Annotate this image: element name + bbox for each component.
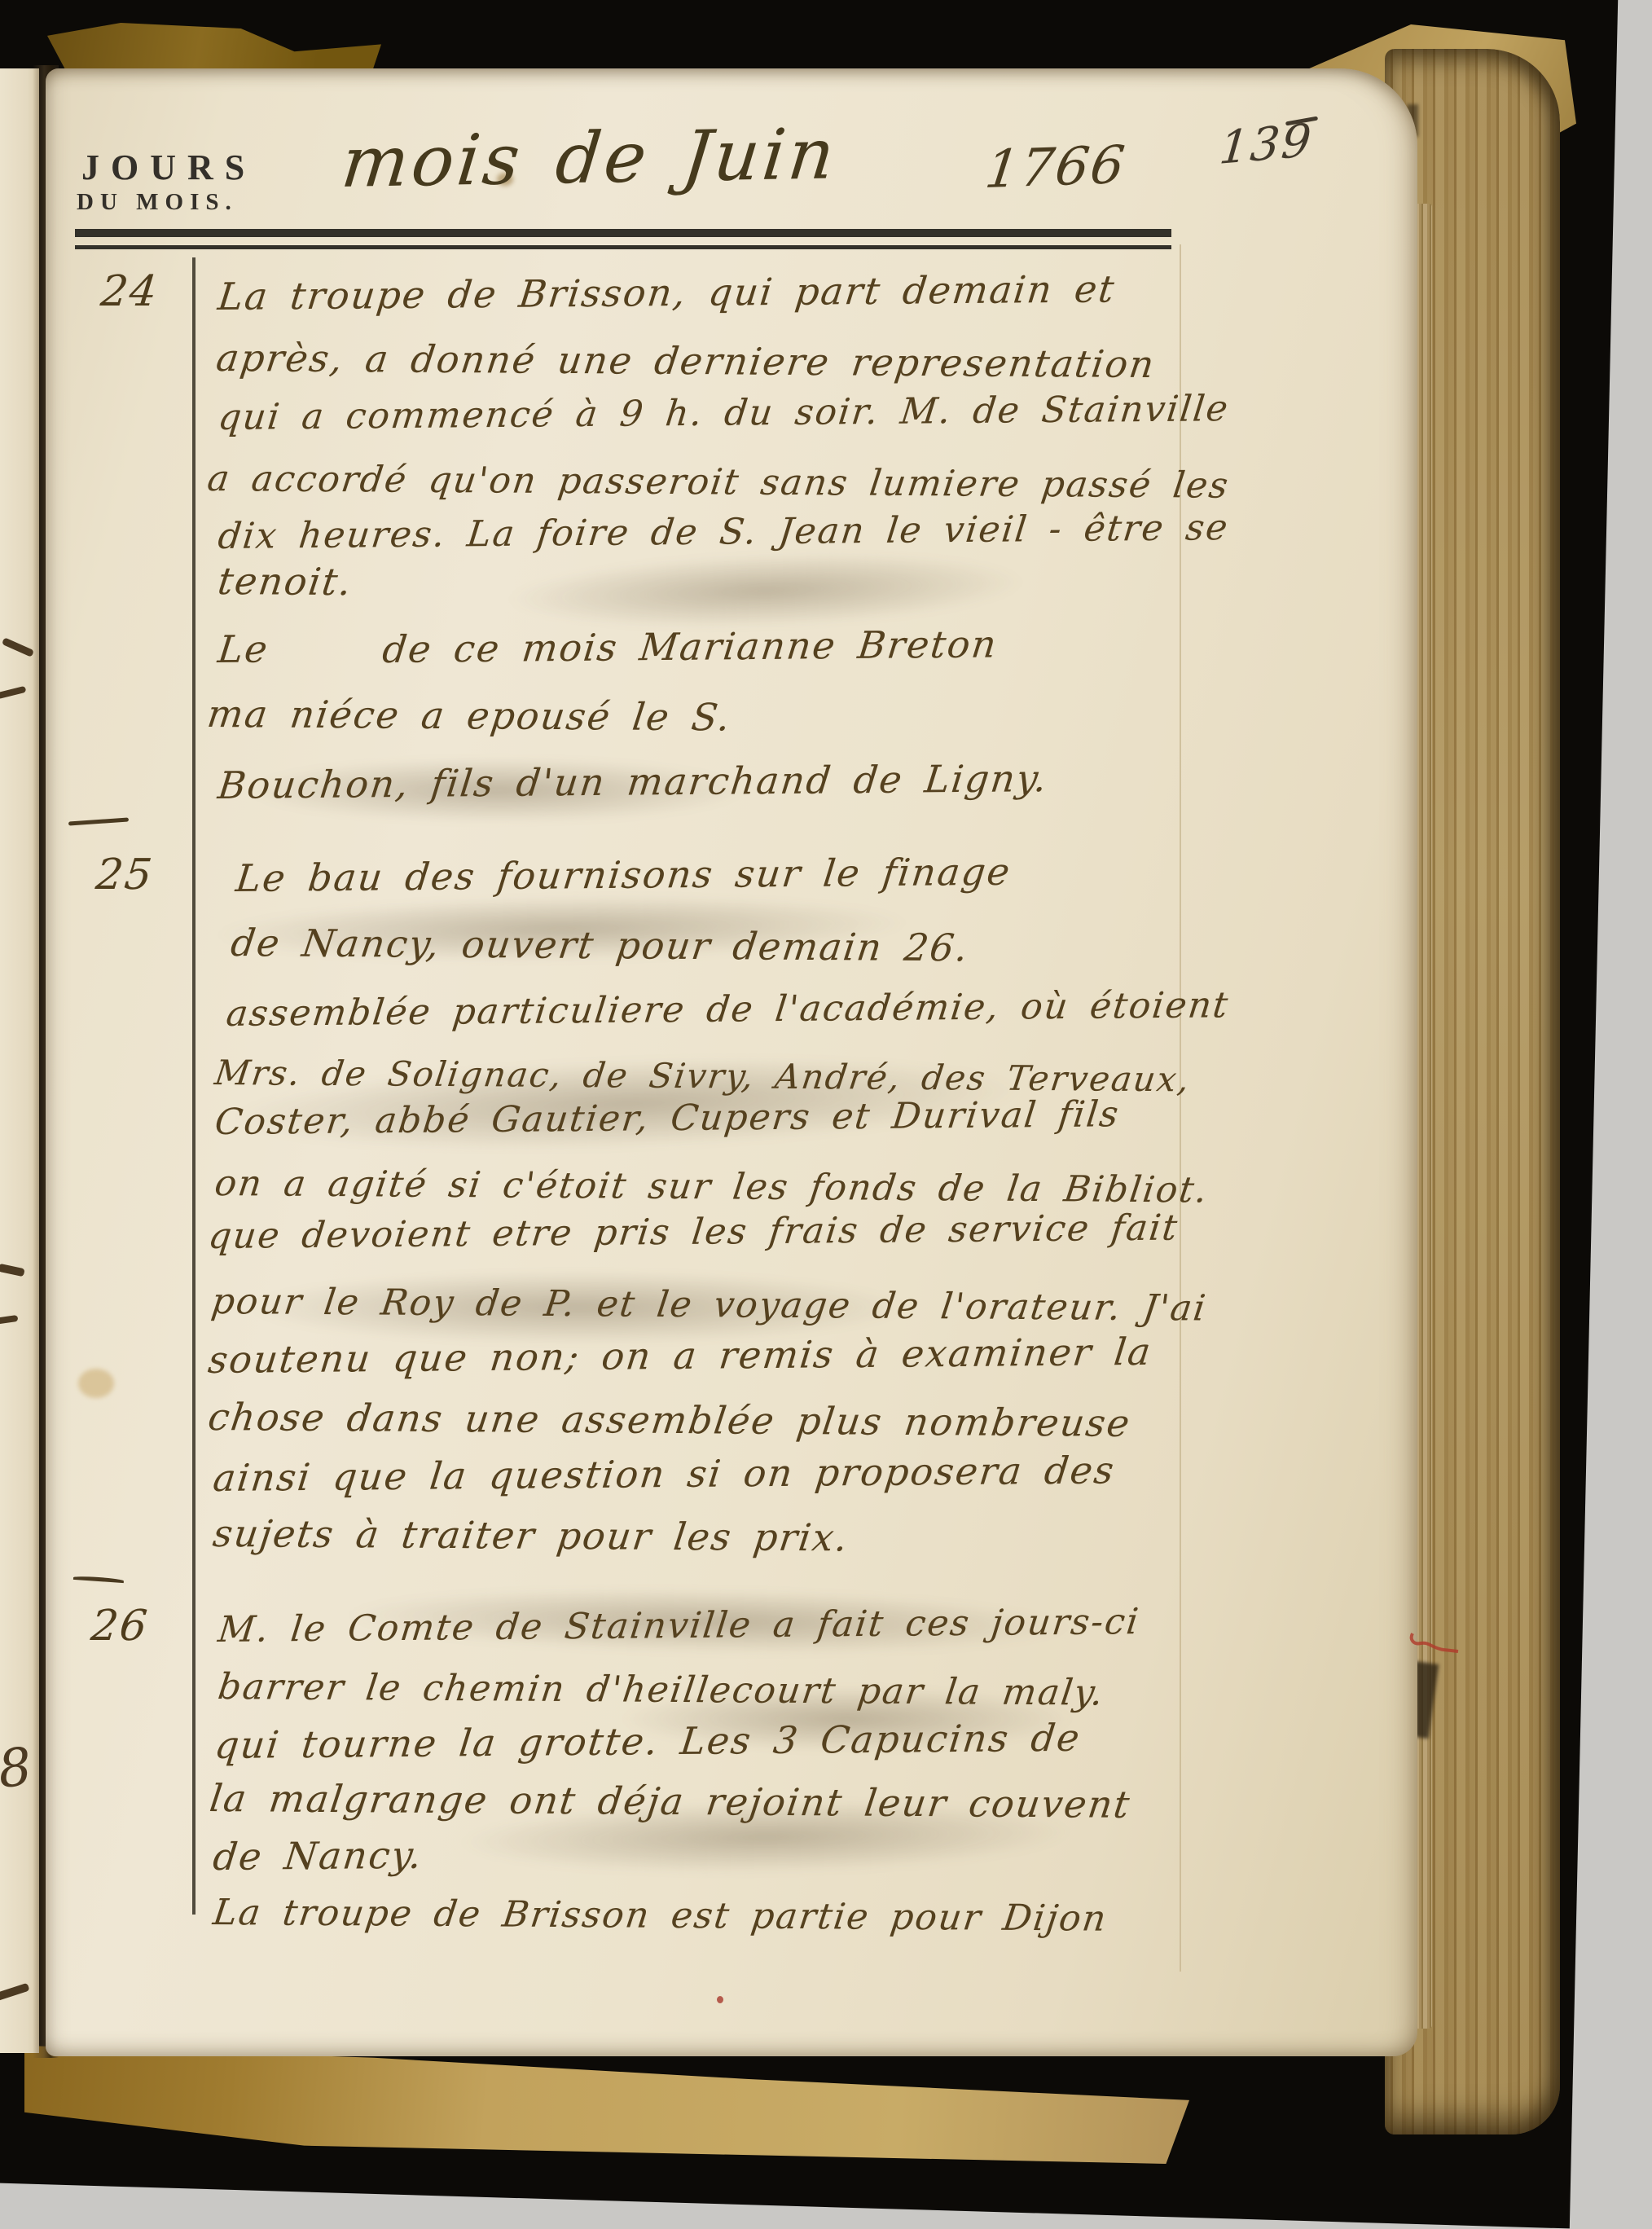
entry-line: tenoit. — [215, 559, 355, 604]
scanner-background-right — [1562, 0, 1652, 2229]
month-title: mois de Juin — [338, 113, 841, 204]
entry-line: assemblée particuliere de l'académie, où… — [224, 984, 1232, 1035]
stray-ink-stroke — [0, 1315, 18, 1325]
entry-line: soutenu que non; on a remis à examiner l… — [206, 1330, 1154, 1382]
entry-line: dix heures. La foire de S. Jean le vieil… — [216, 507, 1231, 557]
entry-line: M. le Comte de Stainville a fait ces jou… — [216, 1601, 1142, 1651]
red-ink-squiggle — [1408, 1625, 1465, 1658]
stray-ink-stroke — [0, 1264, 25, 1277]
red-ink-dot — [717, 1996, 723, 2003]
entry-line: qui tourne la grotte. Les 3 Capucins de — [213, 1716, 1083, 1767]
entry-line: barrer le chemin d'heillecourt par la ma… — [216, 1666, 1107, 1714]
entry-line: La troupe de Brisson, qui part demain et — [216, 266, 1118, 319]
year: 1766 — [982, 135, 1129, 200]
header-rule-thin — [75, 245, 1171, 249]
entry-line: qui a commencé à 9 h. du soir. M. de Sta… — [216, 388, 1232, 438]
entry-line: Mrs. de Solignac, de Sivry, André, des T… — [213, 1053, 1193, 1099]
printed-header-jours: JOURS — [81, 147, 256, 188]
day-column-rule — [192, 257, 196, 1915]
entry-line: Coster, abbé Gautier, Cupers et Durival … — [213, 1093, 1122, 1143]
scanner-background-bottom — [0, 2177, 1652, 2229]
entry-line: chose dans une assemblée plus nombreuse — [205, 1395, 1133, 1445]
entry-line: après, a donné une derniere representati… — [213, 336, 1158, 386]
entry-line: ainsi que la question si on proposera de… — [211, 1448, 1118, 1500]
entry-line: Le bau des fournisons sur le finage — [234, 850, 1013, 900]
entry-line: de Nancy, ouvert pour demain 26. — [228, 921, 972, 969]
day-number: 26 — [89, 1602, 151, 1651]
entry-line: que devoient etre pris les frais de serv… — [206, 1207, 1180, 1257]
entry-line: sujets à traiter pour les prix. — [210, 1511, 851, 1559]
stray-ink-stroke — [0, 1983, 30, 2001]
day-number: 24 — [99, 267, 160, 316]
entry-line: pour le Roy de P. et le voyage de l'orat… — [209, 1281, 1210, 1330]
entry-line: ma niéce a epousé le S. — [204, 692, 734, 739]
stray-ink-stroke — [0, 686, 26, 699]
day-number: 25 — [94, 851, 156, 899]
scanned-manuscript-photo: 8 JOURS DU MOIS. mois de Juin 1766 139 2… — [0, 0, 1652, 2229]
stray-ink-stroke — [2, 637, 34, 657]
entry-line: Le — [216, 626, 271, 671]
entry-line: a accordé qu'on passeroit sans lumiere p… — [205, 458, 1232, 507]
entry-line: La troupe de Brisson est partie pour Dij… — [211, 1892, 1110, 1940]
entry-line: la malgrange ont déja rejoint leur couve… — [207, 1776, 1133, 1827]
entry-line: Bouchon, fils d'un marchand de Ligny. — [216, 756, 1051, 807]
paper-stain — [78, 1369, 114, 1398]
header-rule-thick — [75, 229, 1171, 237]
left-edge-glyph: 8 — [0, 1737, 34, 1800]
page-number: 139 — [1217, 114, 1315, 175]
entry-line: de Nancy. — [211, 1833, 425, 1879]
printed-header-du-mois: DU MOIS. — [77, 189, 238, 216]
entry-line: on a agité si c'étoit sur les fonds de l… — [213, 1163, 1211, 1211]
entry-line: de ce mois Marianne Breton — [380, 622, 1000, 671]
